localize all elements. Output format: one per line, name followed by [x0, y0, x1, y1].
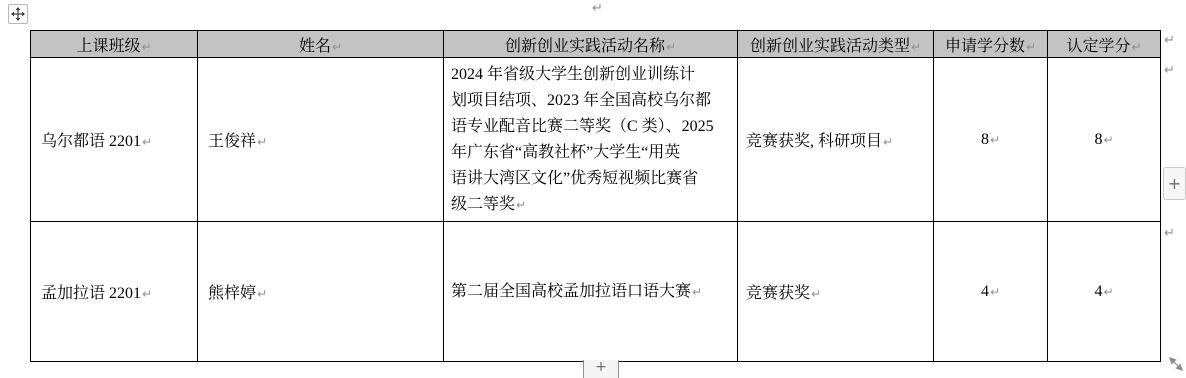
header-cell-activity-name[interactable]: 创新创业实践活动名称↵ — [444, 31, 738, 58]
paragraph-mark: ↵ — [257, 287, 267, 301]
header-cell-applied-credits[interactable]: 申请学分数↵ — [934, 31, 1048, 58]
cell-text: 熊梓婷 — [208, 285, 256, 302]
credits-table: 上课班级↵ 姓名↵ 创新创业实践活动名称↵ 创新创业实践活动类型↵ 申请学分数↵… — [30, 30, 1161, 362]
cell-activity-name[interactable]: 第二届全国高校孟加拉语口语大赛↵ — [444, 222, 738, 362]
plus-icon: + — [1168, 174, 1181, 193]
cell-text: 4 — [1094, 283, 1102, 300]
header-cell-name[interactable]: 姓名↵ — [198, 31, 444, 58]
cell-text: 乌尔都语 2201 — [41, 133, 141, 150]
cell-text: 8 — [1094, 131, 1102, 148]
paragraph-mark: ↵ — [911, 40, 921, 54]
paragraph-mark: ↵ — [592, 1, 603, 16]
header-label: 申请学分数 — [945, 38, 1025, 55]
paragraph-mark: ↵ — [1164, 226, 1175, 241]
paragraph-mark: ↵ — [883, 135, 893, 149]
cell-text: 4 — [981, 283, 989, 300]
cell-applied-credits[interactable]: 8↵ — [934, 58, 1048, 222]
cell-text: 8 — [981, 131, 989, 148]
paragraph-mark: ↵ — [257, 135, 267, 149]
paragraph-mark: ↵ — [141, 40, 151, 54]
table-row: 乌尔都语 2201↵ 王俊祥↵ 2024 年省级大学生创新创业训练计 划项目结项… — [31, 58, 1161, 222]
cell-text: 王俊祥 — [208, 133, 256, 150]
cell-text: 第二届全国高校孟加拉语口语大赛 — [451, 283, 691, 300]
paragraph-mark: ↵ — [692, 285, 702, 299]
cell-text: 孟加拉语 2201 — [41, 285, 141, 302]
cell-class[interactable]: 孟加拉语 2201↵ — [31, 222, 198, 362]
resize-diagonal-icon — [1168, 356, 1186, 372]
cell-name[interactable]: 王俊祥↵ — [198, 58, 444, 222]
header-label: 创新创业实践活动名称 — [505, 38, 665, 55]
insert-column-button[interactable]: + — [1163, 167, 1186, 200]
paragraph-mark: ↵ — [1131, 40, 1141, 54]
paragraph-mark: ↵ — [811, 287, 821, 301]
paragraph-mark: ↵ — [142, 287, 152, 301]
paragraph-mark: ↵ — [990, 285, 1000, 299]
insert-row-button[interactable]: + — [583, 360, 619, 376]
paragraph-mark: ↵ — [332, 40, 342, 54]
paragraph-mark: ↵ — [1103, 285, 1113, 299]
header-label: 认定学分 — [1066, 38, 1130, 55]
paragraph-mark: ↵ — [1164, 33, 1175, 48]
cell-text: 竞赛获奖 — [746, 285, 810, 302]
header-label: 姓名 — [299, 38, 331, 55]
header-label: 上课班级 — [76, 38, 140, 55]
cell-activity-type[interactable]: 竞赛获奖↵ — [738, 222, 934, 362]
paragraph-mark: ↵ — [990, 133, 1000, 147]
cell-recognized-credits[interactable]: 8↵ — [1048, 58, 1161, 222]
move-icon — [11, 7, 25, 21]
header-row: 上课班级↵ 姓名↵ 创新创业实践活动名称↵ 创新创业实践活动类型↵ 申请学分数↵… — [31, 31, 1161, 58]
header-label: 创新创业实践活动类型 — [750, 38, 910, 55]
cell-activity-type[interactable]: 竞赛获奖, 科研项目↵ — [738, 58, 934, 222]
paragraph-mark: ↵ — [1103, 133, 1113, 147]
paragraph-mark: ↵ — [666, 40, 676, 54]
table-resize-handle[interactable] — [1168, 356, 1186, 374]
cell-applied-credits[interactable]: 4↵ — [934, 222, 1048, 362]
paragraph-mark: ↵ — [1164, 63, 1175, 78]
cell-text: 2024 年省级大学生创新创业训练计 划项目结项、2023 年全国高校乌尔都 语… — [451, 66, 714, 213]
cell-name[interactable]: 熊梓婷↵ — [198, 222, 444, 362]
cell-text: 竞赛获奖, 科研项目 — [746, 133, 882, 150]
table-row: 孟加拉语 2201↵ 熊梓婷↵ 第二届全国高校孟加拉语口语大赛↵ 竞赛获奖↵ 4… — [31, 222, 1161, 362]
cell-recognized-credits[interactable]: 4↵ — [1048, 222, 1161, 362]
header-cell-activity-type[interactable]: 创新创业实践活动类型↵ — [738, 31, 934, 58]
header-cell-recognized-credits[interactable]: 认定学分↵ — [1048, 31, 1161, 58]
plus-icon: + — [595, 360, 607, 374]
paragraph-mark: ↵ — [1026, 40, 1036, 54]
paragraph-mark: ↵ — [516, 198, 526, 212]
cell-class[interactable]: 乌尔都语 2201↵ — [31, 58, 198, 222]
table-move-handle[interactable] — [8, 4, 28, 24]
header-cell-class[interactable]: 上课班级↵ — [31, 31, 198, 58]
paragraph-mark: ↵ — [142, 135, 152, 149]
cell-activity-name[interactable]: 2024 年省级大学生创新创业训练计 划项目结项、2023 年全国高校乌尔都 语… — [444, 58, 738, 222]
